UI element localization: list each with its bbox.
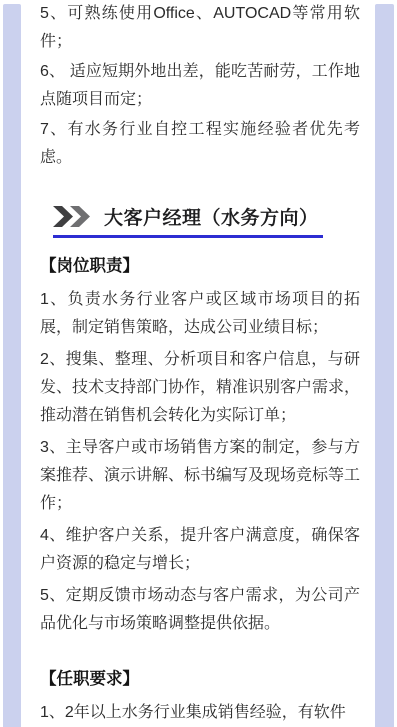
job-title: 大客户经理（水务方向） xyxy=(104,203,319,230)
requirements-heading: 【任职要求】 xyxy=(40,665,360,693)
responsibility-item: 1、负责水务行业客户或区域市场项目的拓展，制定销售策略，达成公司业绩目标； xyxy=(40,286,360,342)
prev-requirement-item: 7、有水务行业自控工程实施经验者优先考虑。 xyxy=(40,116,360,172)
responsibility-item: 5、定期反馈市场动态与客户需求，为公司产品优化与市场策略调整提供依据。 xyxy=(40,582,360,638)
responsibility-item: 3、主导客户或市场销售方案的制定，参与方案推荐、演示讲解、标书编写及现场竞标等工… xyxy=(40,434,360,518)
requirement-item: 1、2年以上水务行业集成销售经验，有软件 xyxy=(40,699,360,727)
responsibility-item: 2、搜集、整理、分析项目和客户信息，与研发、技术支持部门协作，精准识别客户需求，… xyxy=(40,346,360,430)
requirements-list: 1、2年以上水务行业集成销售经验，有软件 xyxy=(40,699,360,727)
responsibility-item: 4、维护客户关系，提升客户满意度，确保客户资源的稳定与增长； xyxy=(40,522,360,578)
prev-requirement-item: 5、可熟练使用Office、AUTOCAD等常用软件； xyxy=(40,0,360,56)
responsibilities-list: 1、负责水务行业客户或区域市场项目的拓展，制定销售策略，达成公司业绩目标； 2、… xyxy=(40,286,360,638)
prev-requirement-item: 6、 适应短期外地出差，能吃苦耐劳，工作地点随项目而定； xyxy=(40,58,360,114)
article-content: 5、可熟练使用Office、AUTOCAD等常用软件； 6、 适应短期外地出差，… xyxy=(0,0,397,727)
job-section-header: 大客户经理（水务方向） xyxy=(53,203,323,238)
double-right-chevron-icon xyxy=(53,206,95,227)
responsibilities-heading: 【岗位职责】 xyxy=(40,252,360,280)
